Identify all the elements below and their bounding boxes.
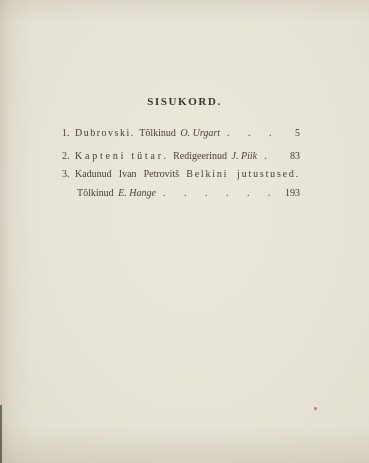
entry-title-spaced-text: Belkini jutustused. bbox=[186, 169, 300, 180]
entry-title-text: Kapteni tütar. bbox=[75, 151, 169, 162]
credit-label: Tõlkinud bbox=[139, 128, 176, 139]
credit-label: Tõlkinud bbox=[77, 188, 114, 199]
toc-entry-3-line2: Tõlkinud E. Hange . . . . . . . . . . . … bbox=[75, 188, 300, 200]
paper-speck bbox=[314, 407, 317, 410]
credit-name: O. Urgart bbox=[180, 128, 220, 139]
entry-title: Kapteni tütar. Redigeerinud J. Piik bbox=[75, 151, 257, 163]
entry-credit: Tõlkinud E. Hange bbox=[75, 188, 156, 200]
credit-label: Redigeerinud bbox=[173, 151, 227, 162]
toc-entry-3-line1: 3. Kadunud Ivan Petrovitš Belkini jutust… bbox=[62, 169, 300, 181]
entry-page-number: 193 bbox=[285, 188, 300, 200]
entry-number: 2. bbox=[62, 151, 75, 163]
toc-entry-2: 2. Kapteni tütar. Redigeerinud J. Piik .… bbox=[62, 151, 300, 163]
entry-title-text: Kadunud Ivan Petrovitš bbox=[75, 169, 179, 180]
credit-name: J. Piik bbox=[232, 151, 258, 162]
toc-entry-1: 1. Dubrovski. Tõlkinud O. Urgart . . . .… bbox=[62, 128, 300, 140]
entry-number: 1. bbox=[62, 128, 75, 140]
entry-title-text: Dubrovski. bbox=[75, 128, 135, 139]
binding-edge-shadow bbox=[0, 405, 2, 463]
entry-page-number: 83 bbox=[286, 151, 300, 163]
credit-name: E. Hange bbox=[118, 188, 156, 199]
entry-title: Dubrovski. Tõlkinud O. Urgart bbox=[75, 128, 220, 140]
dot-leader: . . . . . . . . . . . . . bbox=[156, 188, 285, 200]
dot-leader: . . . . bbox=[257, 151, 286, 163]
book-page: SISUKORD. 1. Dubrovski. Tõlkinud O. Urga… bbox=[0, 0, 369, 463]
entry-page-number: 5 bbox=[286, 128, 300, 140]
entry-number: 3. bbox=[62, 169, 75, 181]
entry-title: Kadunud Ivan Petrovitš Belkini jutustuse… bbox=[75, 169, 300, 181]
toc-title: SISUKORD. bbox=[0, 96, 369, 108]
dot-leader: . . . . . . . bbox=[220, 128, 286, 140]
